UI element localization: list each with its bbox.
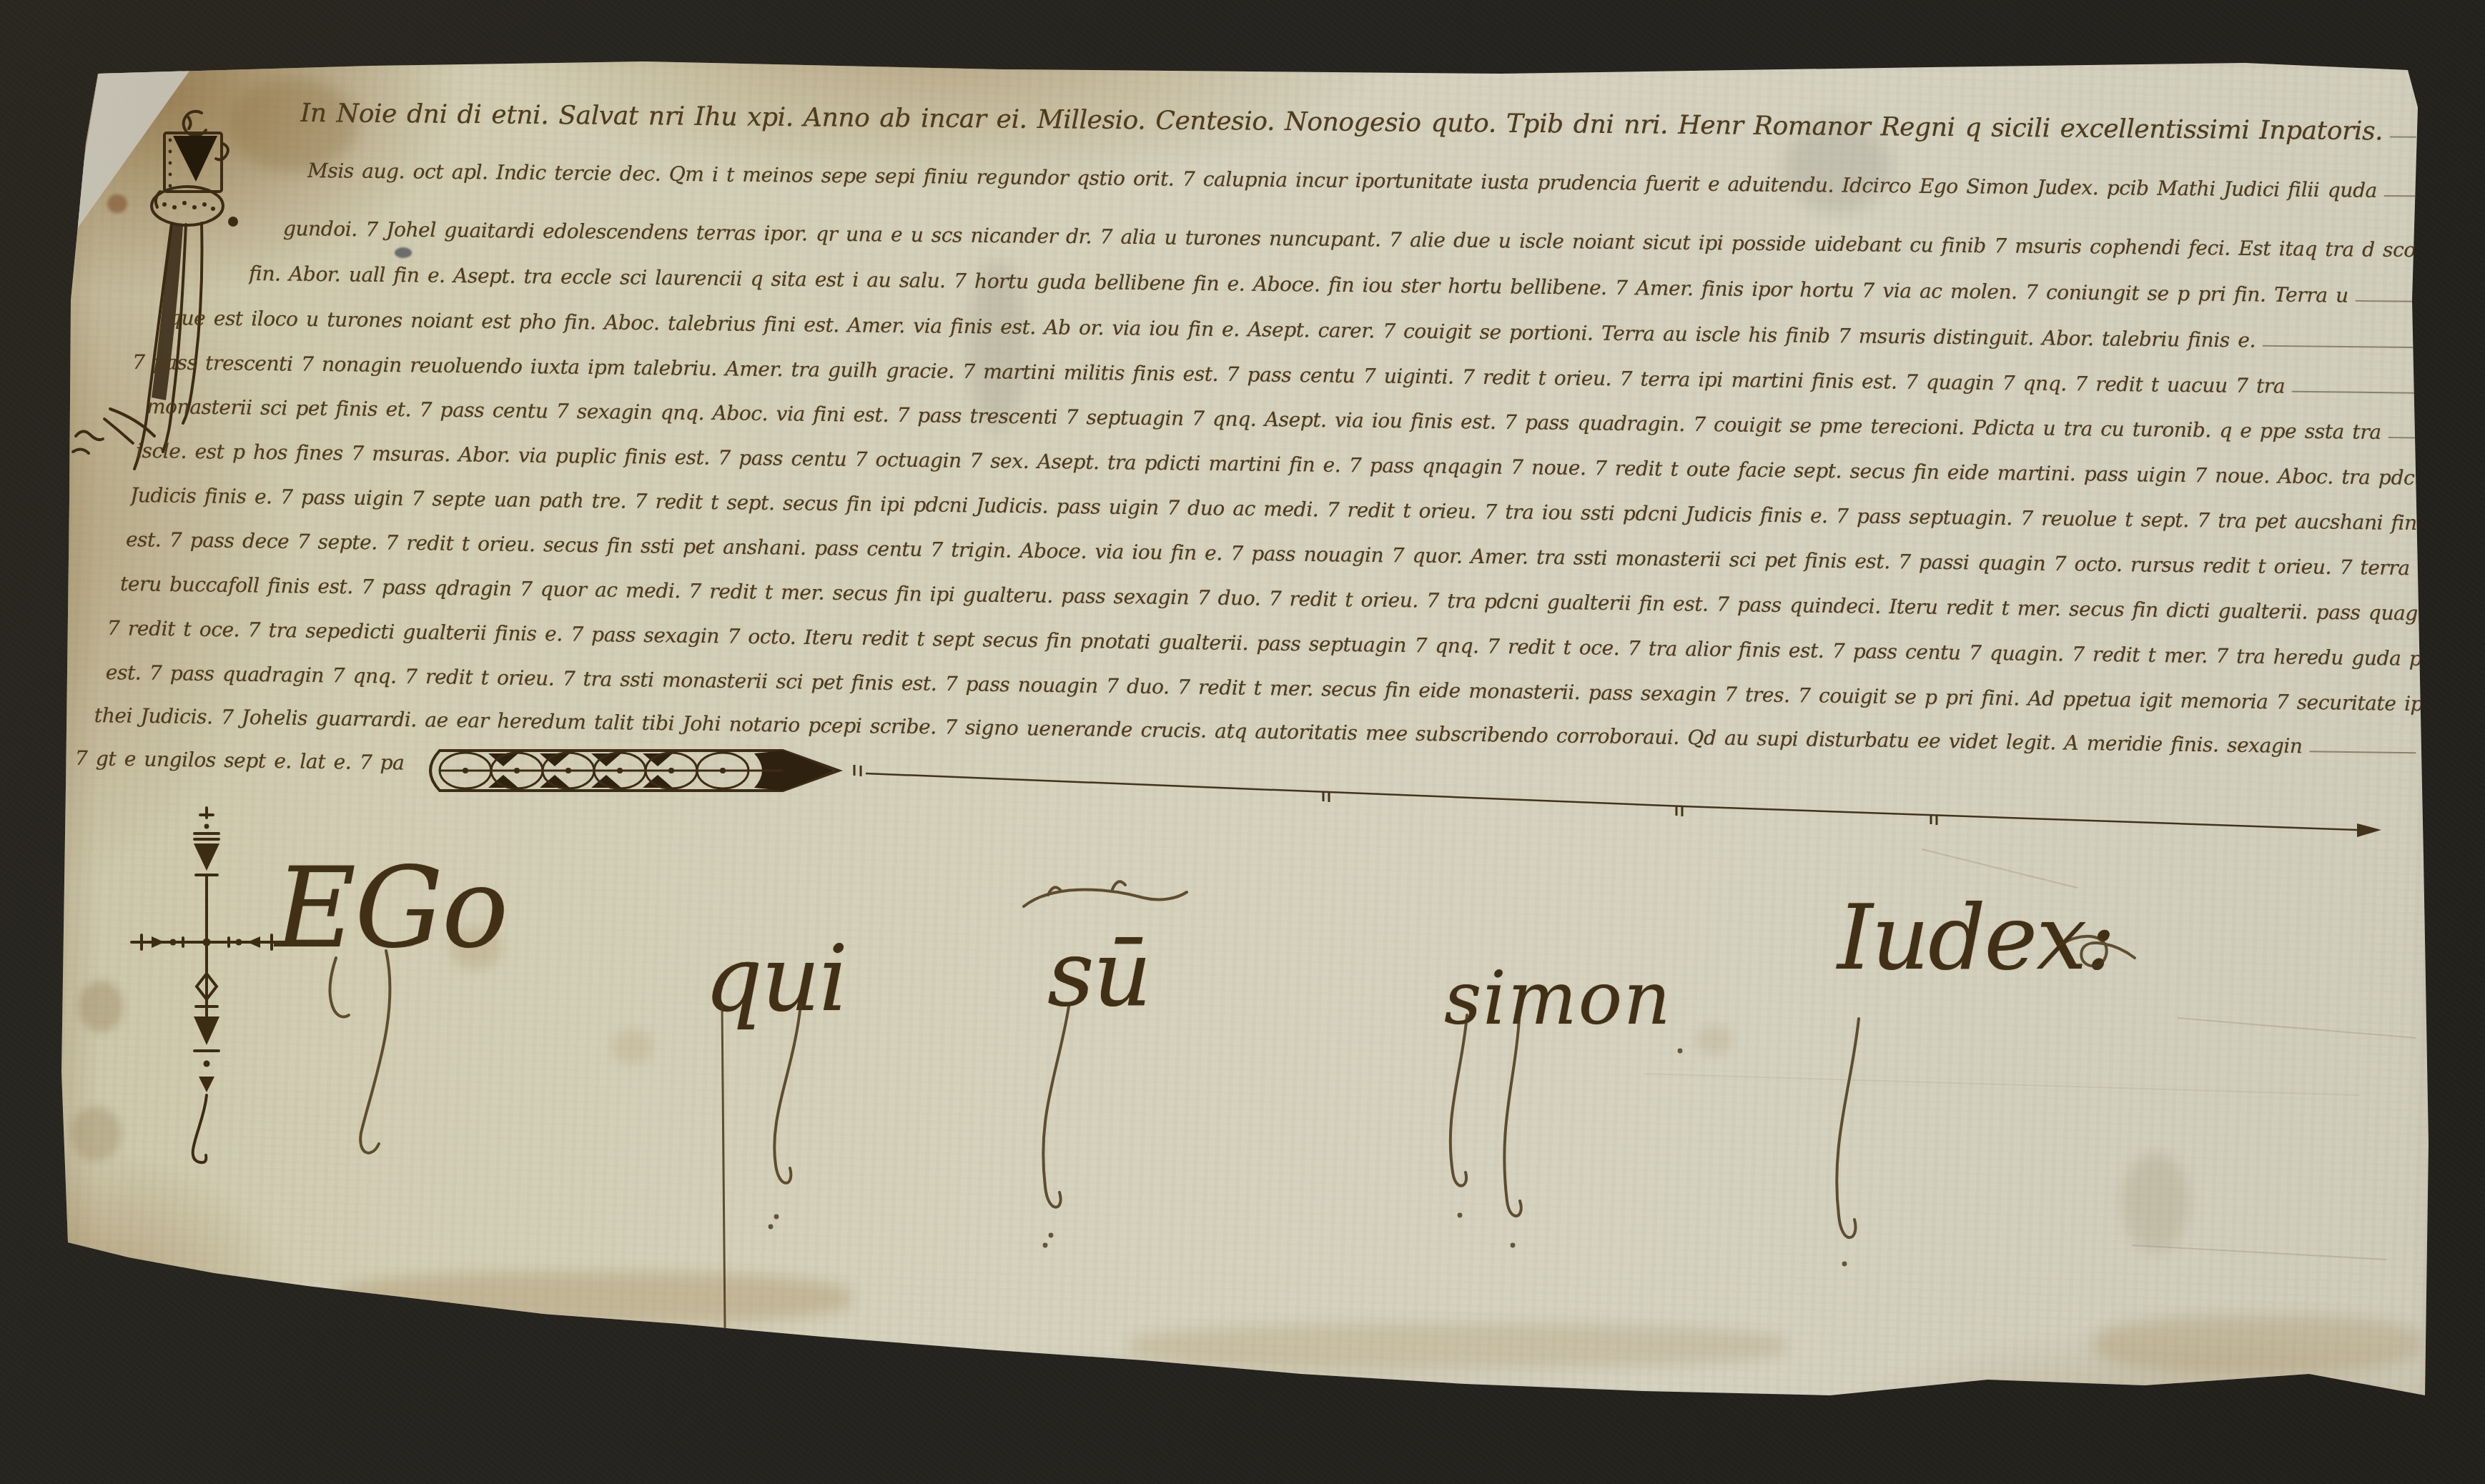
parchment-sheet: In Noie dni di etni. Salvat nri Ihu xpi.… xyxy=(0,0,2485,1484)
signature-flourishes xyxy=(0,0,2485,1484)
photograph-of-charter: In Noie dni di etni. Salvat nri Ihu xpi.… xyxy=(0,0,2485,1484)
